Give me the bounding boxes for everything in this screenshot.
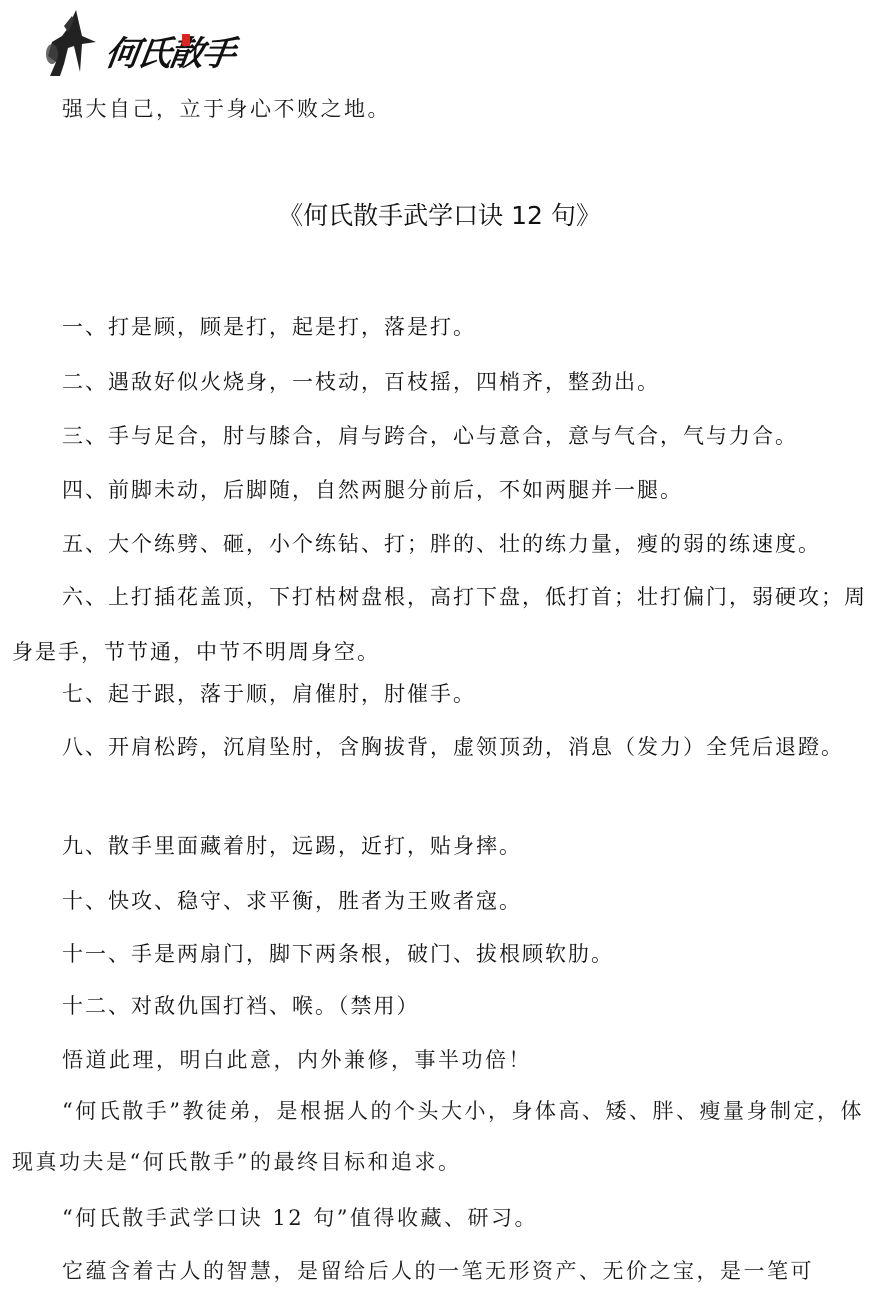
list-item: 十二、对敌仇国打裆、喉。（禁用） [12, 991, 872, 1021]
intro-line: 强大自己，立于身心不败之地。 [12, 94, 867, 124]
list-item: 八、开肩松跨，沉肩坠肘，含胸拔背，虚领顶劲，消息（发力）全凭后退蹬。 [12, 720, 872, 775]
list-item: 七、起于跟，落于顺，肩催肘，肘催手。 [12, 679, 872, 709]
list-item: 一、打是顾，顾是打，起是打，落是打。 [12, 312, 872, 342]
list-item: 十一、手是两扇门，脚下两条根，破门、拔根顾软肋。 [12, 939, 872, 969]
list-item: 四、前脚未动，后脚随，自然两腿分前后，不如两腿并一腿。 [12, 475, 872, 505]
closing-paragraph: 悟道此理，明白此意，内外兼修，事半功倍！ [12, 1045, 867, 1075]
list-item: 九、散手里面藏着肘，远踢，近打，贴身摔。 [12, 831, 872, 861]
brand-logo: 何氏散手 [38, 6, 238, 78]
closing-paragraph: 它蕴含着古人的智慧，是留给后人的一笔无形资产、无价之宝，是一笔可 [12, 1256, 867, 1286]
logo-text: 何氏散手 [103, 26, 238, 75]
closing-paragraph: “何氏散手武学口诀 12 句”值得收藏、研习。 [12, 1203, 867, 1233]
list-item: 三、手与足合，肘与膝合，肩与跨合，心与意合，意与气合，气与力合。 [12, 421, 872, 451]
martial-artist-silhouette-icon [38, 6, 104, 78]
red-seal-icon [182, 34, 190, 46]
list-item: 十、快攻、稳守、求平衡，胜者为王败者寇。 [12, 886, 872, 916]
list-item: 六、上打插花盖顶，下打枯树盘根，高打下盘，低打首；壮打偏门，弱硬攻；周身是手，节… [12, 570, 872, 680]
list-item: 五、大个练劈、砸，小个练钻、打；胖的、壮的练力量，瘦的弱的练速度。 [12, 529, 872, 559]
page-title: 《何氏散手武学口诀 12 句》 [0, 198, 879, 234]
list-item: 二、遇敌好似火烧身，一枝动，百枝摇，四梢齐，整劲出。 [12, 367, 872, 397]
closing-paragraph: “何氏散手”教徒弟，是根据人的个头大小，身体高、矮、胖、瘦量身制定，体现真功夫是… [12, 1086, 867, 1188]
